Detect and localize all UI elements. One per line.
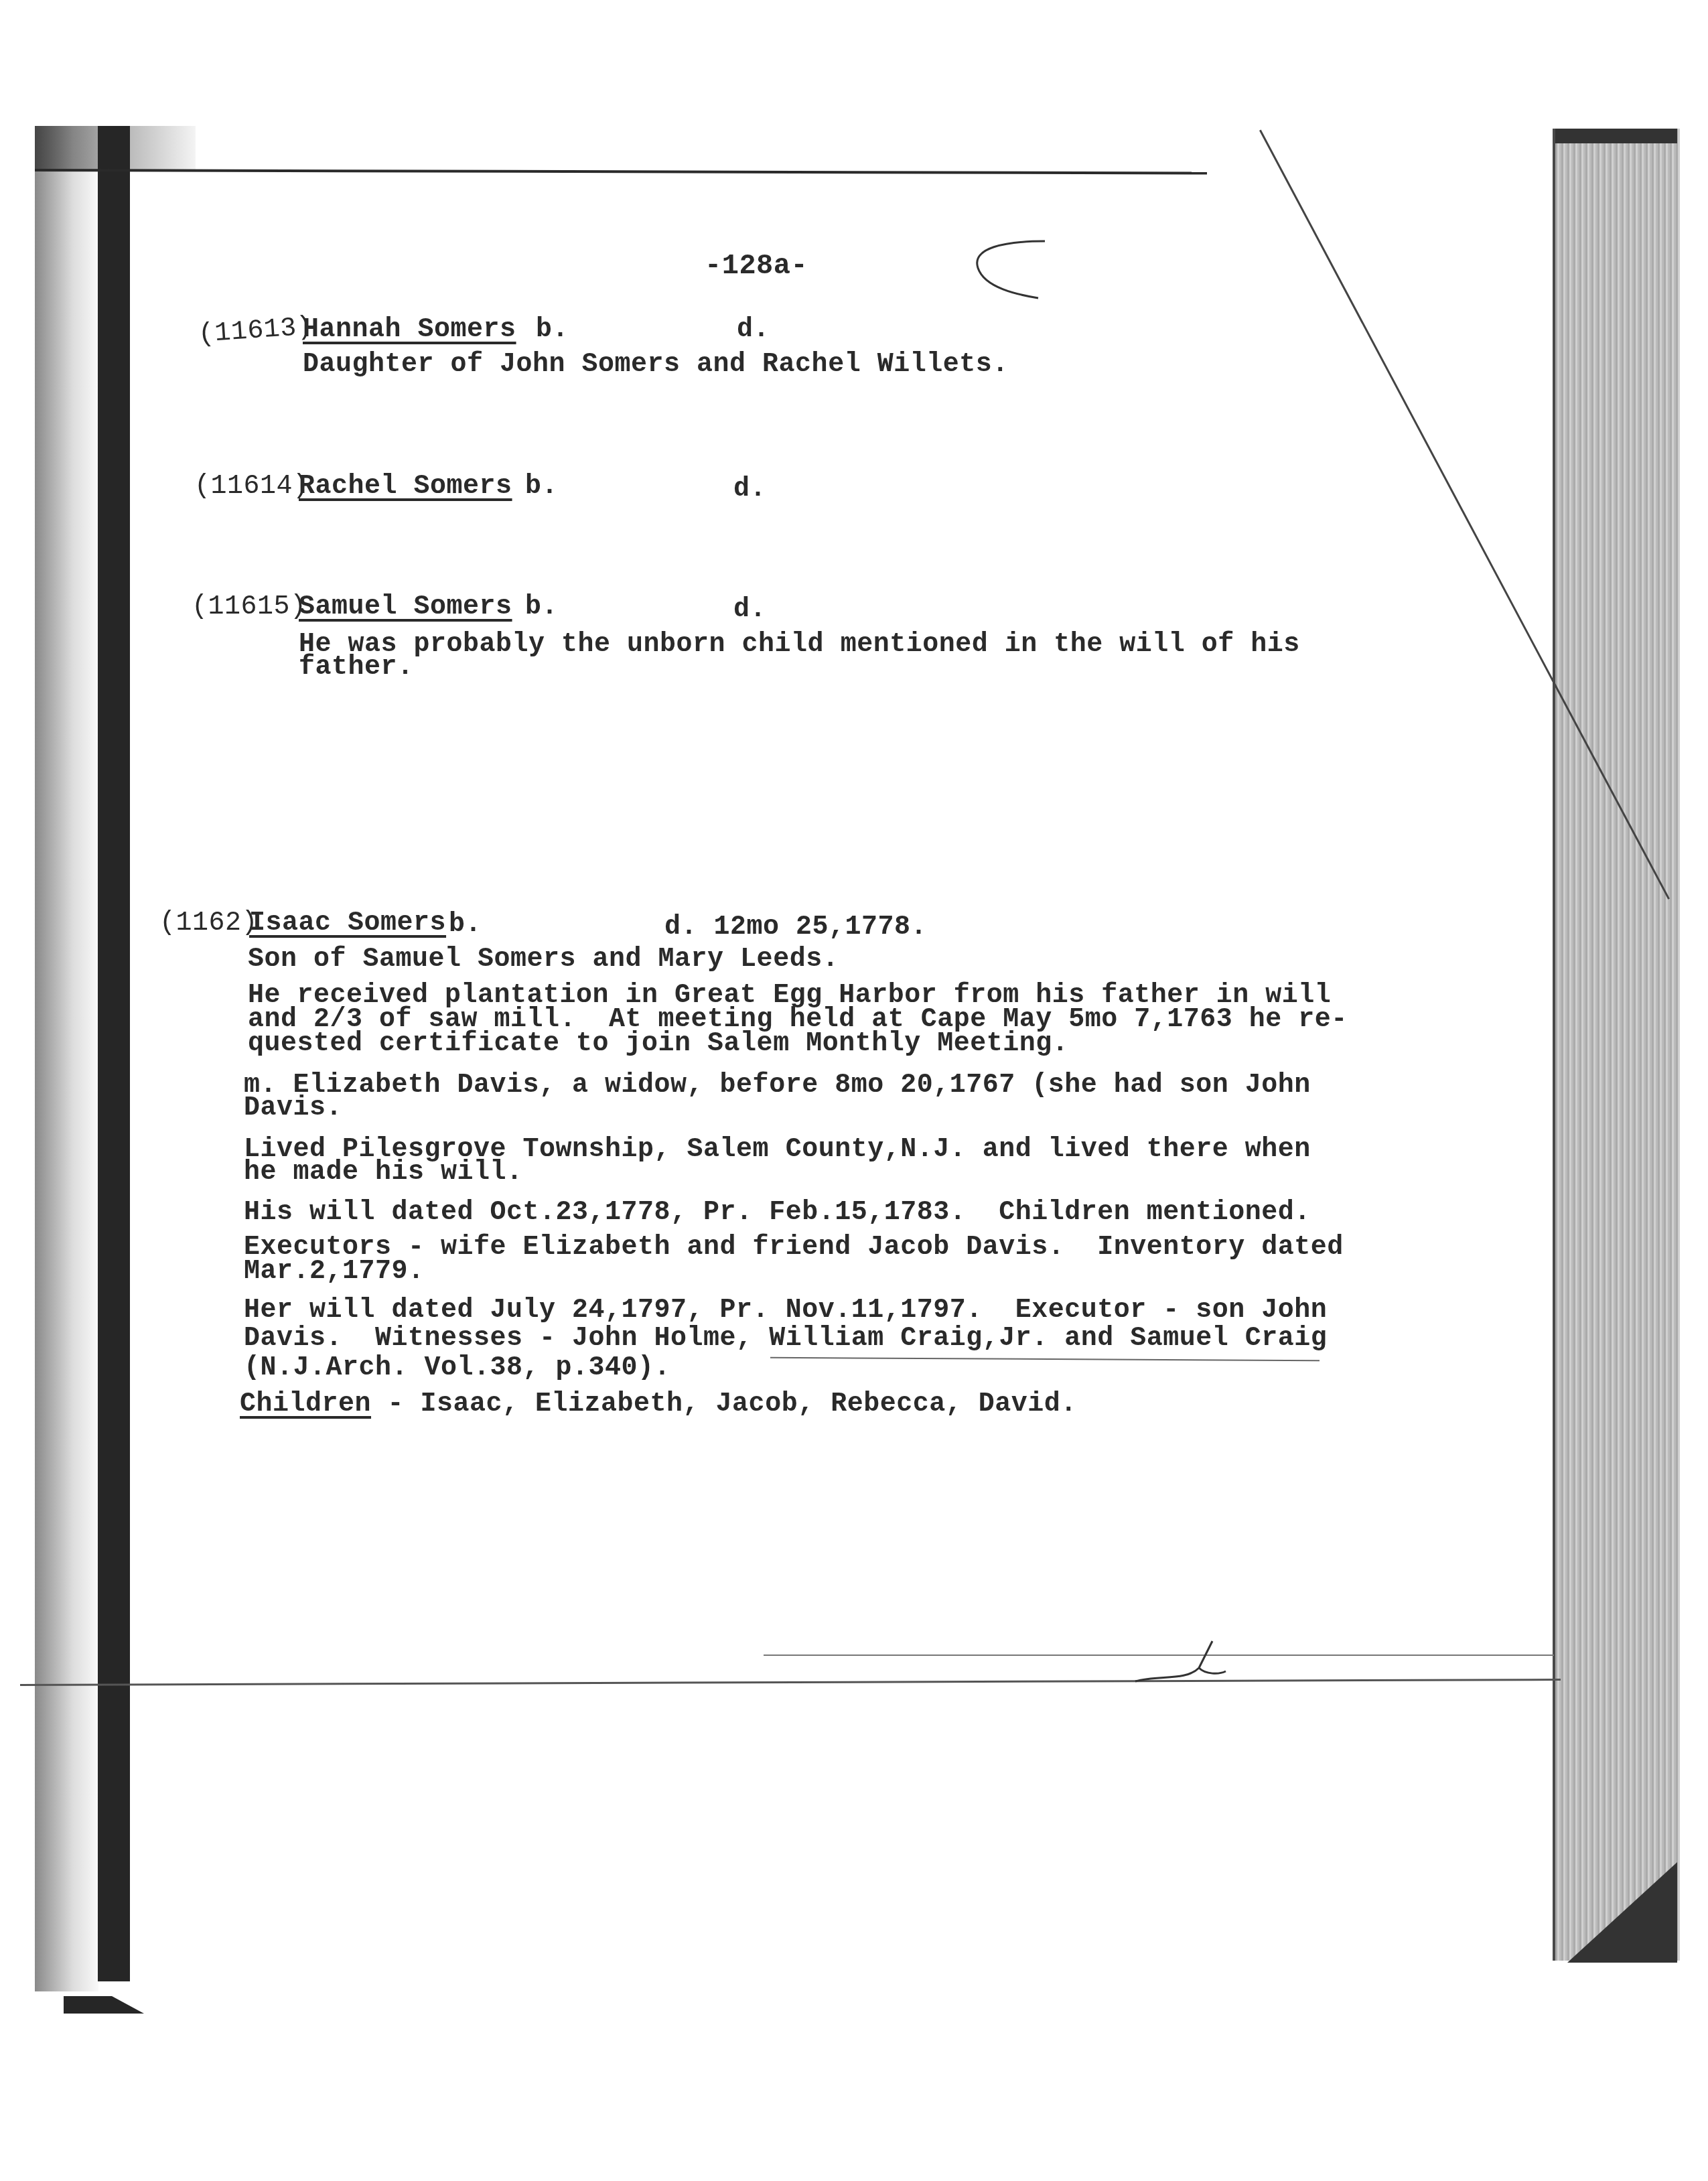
scan-shadow-left (35, 126, 98, 1991)
death-field: d. 12mo 25,1778. (664, 910, 927, 946)
pen-mark-icon (965, 234, 1052, 301)
entry-note: Daughter of John Somers and Rachel Wille… (303, 347, 1009, 383)
scan-margin-right-top (1555, 129, 1677, 143)
entry-note: (N.J.Arch. Vol.38, p.340). (244, 1350, 670, 1387)
death-field: d. (733, 472, 766, 508)
children-line: Children - Isaac, Elizabeth, Jacob, Rebe… (240, 1387, 1077, 1423)
death-field: d. (733, 592, 766, 628)
entry-note: m. Elizabeth Davis, a widow, before 8mo … (244, 1068, 1311, 1104)
entry-id: (1162) (159, 906, 258, 942)
birth-field: b. (525, 469, 558, 505)
scan-margin-right (1553, 129, 1680, 1961)
pen-mark-icon (1132, 1634, 1232, 1688)
entry-note: Son of Samuel Somers and Mary Leeds. (248, 942, 839, 978)
death-field: d. (737, 312, 770, 348)
entry-note: he made his will. (244, 1155, 523, 1191)
person-name: Hannah Somers (303, 312, 516, 348)
birth-field: b. (449, 907, 482, 943)
entry-id: (11615) (192, 589, 307, 626)
birth-field: b. (536, 312, 569, 348)
entry-id: (11613) (197, 309, 314, 354)
binding-edge-foot (64, 1996, 144, 2014)
page-top-edge (35, 169, 1207, 175)
entry-note: quested certificate to join Salem Monthl… (248, 1026, 1068, 1062)
scanned-page: -128a- (11613) Hannah Somers b. d. Daugh… (0, 0, 1708, 2181)
entry-note: Mar.2,1779. (244, 1254, 425, 1290)
entry-note: Davis. (244, 1090, 342, 1127)
children-label: Children (240, 1389, 371, 1419)
person-name: Samuel Somers (299, 589, 512, 626)
person-name: Isaac Somers (249, 906, 446, 942)
entry-note: father. (299, 650, 414, 686)
page-number: -128a- (705, 248, 808, 284)
binding-edge-bar (98, 126, 130, 1981)
entry-id: (11614) (194, 469, 309, 505)
entry-note: He was probably the unborn child mention… (299, 627, 1300, 663)
birth-field: b. (525, 589, 558, 626)
children-list: - Isaac, Elizabeth, Jacob, Rebecca, Davi… (371, 1389, 1077, 1419)
fold-line (20, 1679, 1561, 1686)
entry-note: His will dated Oct.23,1778, Pr. Feb.15,1… (244, 1195, 1311, 1231)
underline-mark (770, 1357, 1320, 1361)
person-name: Rachel Somers (299, 469, 512, 505)
